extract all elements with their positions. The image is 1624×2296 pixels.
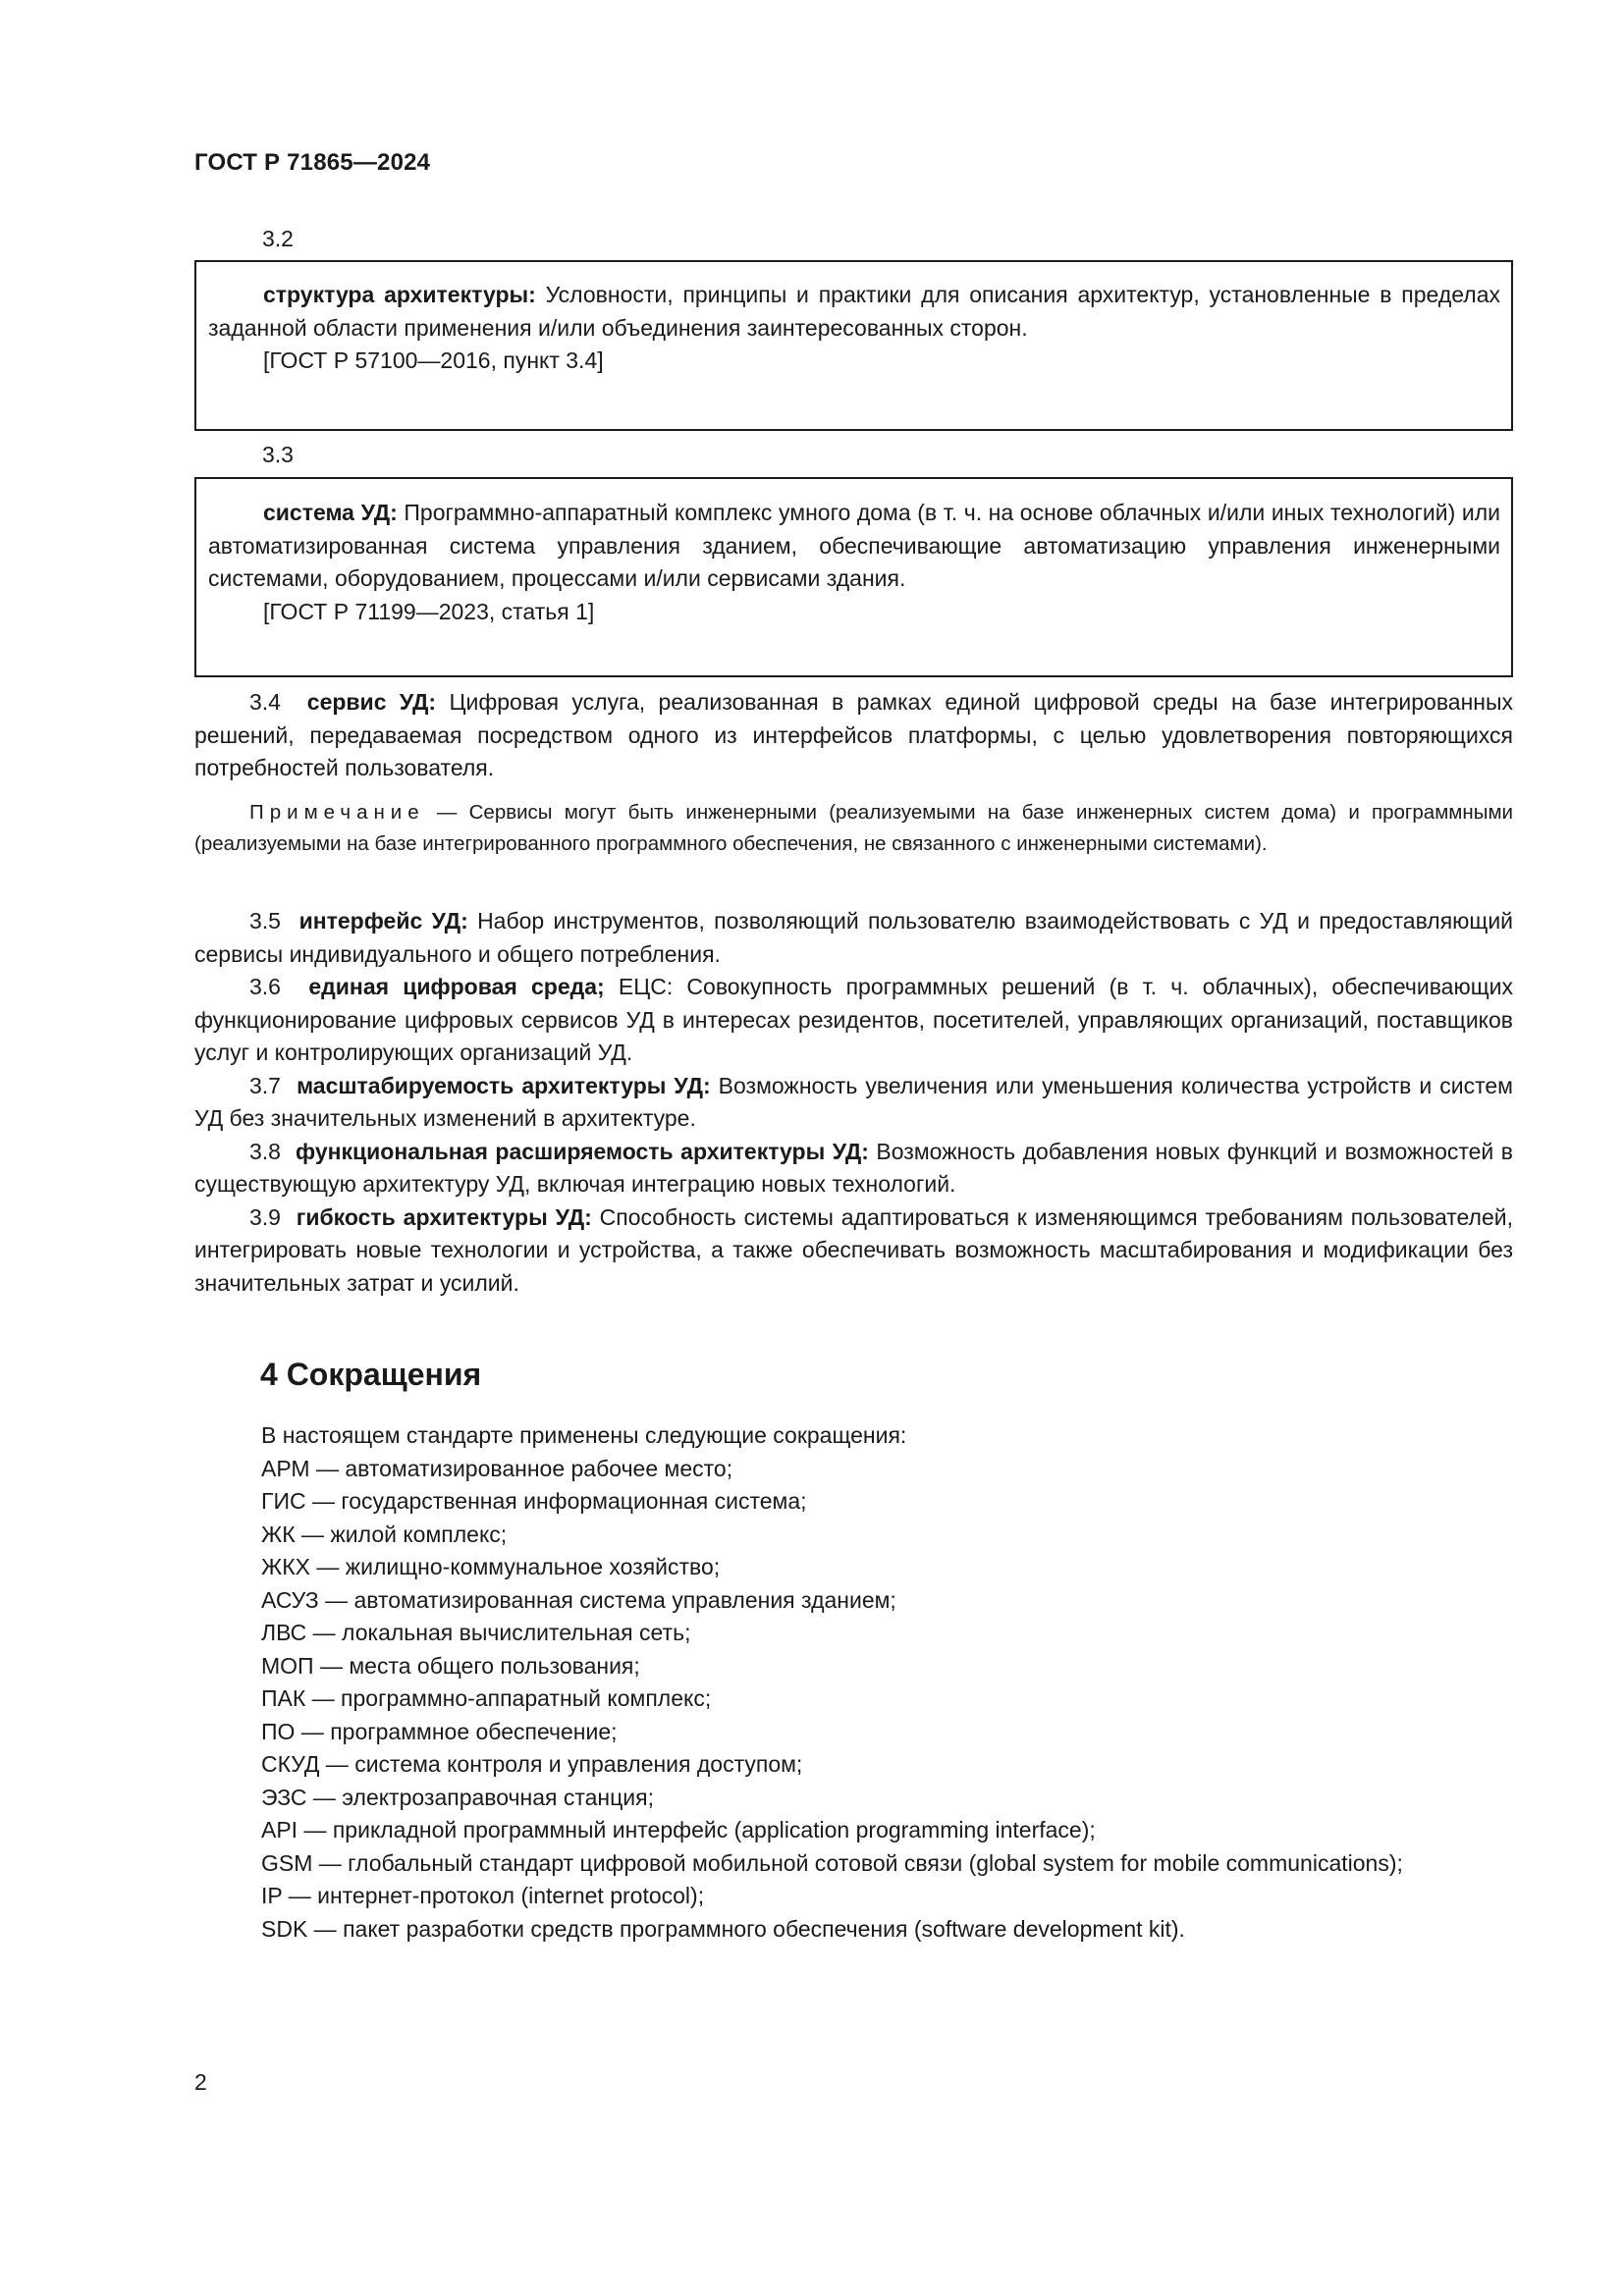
- list-item: ЖК — жилой комплекс;: [194, 1519, 1513, 1552]
- list-item: API — прикладной программный интерфейс (…: [194, 1814, 1513, 1847]
- definition-number: 3.7: [249, 1073, 281, 1098]
- definition-box: структура архитектуры: Условности, принц…: [194, 260, 1513, 431]
- definition-source: [ГОСТ Р 57100—2016, пункт 3.4]: [208, 345, 1500, 378]
- abbreviations-list: В настоящем стандарте применены следующи…: [194, 1419, 1513, 1946]
- definition-paragraph: 3.6 единая цифровая среда; ЕЦС: Совокупн…: [194, 971, 1513, 1070]
- definition-term: масштабируемость архитектуры УД:: [297, 1073, 711, 1098]
- list-item: МОП — места общего пользования;: [194, 1650, 1513, 1683]
- definition-paragraph: 3.4 сервис УД: Цифровая услуга, реализов…: [194, 686, 1513, 785]
- definition-text: структура архитектуры: Условности, принц…: [208, 279, 1500, 345]
- definition-term: гибкость архитектуры УД:: [297, 1204, 592, 1230]
- definition-paragraph: 3.5 интерфейс УД: Набор инструментов, по…: [194, 905, 1513, 971]
- list-item: GSM — глобальный стандарт цифровой мобил…: [194, 1847, 1513, 1881]
- document-header-id: ГОСТ Р 71865—2024: [194, 149, 430, 177]
- definition-source: [ГОСТ Р 71199—2023, статья 1]: [208, 596, 1500, 629]
- list-item: ЖКХ — жилищно-коммунальное хозяйство;: [194, 1551, 1513, 1584]
- definition-term: единая цифровая среда;: [308, 974, 604, 999]
- definition-term: система УД:: [263, 500, 398, 525]
- definitions-block-a: 3.4 сервис УД: Цифровая услуга, реализов…: [194, 686, 1513, 785]
- list-item: ЛВС — локальная вычислительная сеть;: [194, 1617, 1513, 1650]
- note-block: Примечание — Сервисы могут быть инженерн…: [194, 797, 1513, 859]
- list-item: АСУЗ — автоматизированная система управл…: [194, 1584, 1513, 1618]
- section-intro: В настоящем стандарте применены следующи…: [194, 1419, 1513, 1453]
- definition-body: Программно-аппаратный комплекс умного до…: [208, 500, 1500, 591]
- definition-term: сервис УД:: [307, 689, 436, 715]
- definition-term: структура архитектуры:: [263, 282, 536, 307]
- list-item: ЭЗС — электрозаправочная станция;: [194, 1782, 1513, 1815]
- list-item: ГИС — государственная информационная сис…: [194, 1485, 1513, 1519]
- definition-number: 3.3: [262, 442, 294, 468]
- definition-number: 3.4: [249, 689, 281, 715]
- document-page: ГОСТ Р 71865—2024 3.2 структура архитект…: [0, 0, 1624, 2296]
- definition-number: 3.2: [262, 226, 294, 252]
- list-item: СКУД — система контроля и управления дос…: [194, 1748, 1513, 1782]
- definition-number: 3.5: [249, 908, 281, 934]
- note-label: Примечание: [249, 801, 425, 824]
- definition-box: система УД: Программно-аппаратный компле…: [194, 477, 1513, 677]
- section-heading: 4 Сокращения: [260, 1357, 481, 1393]
- definition-term: функциональная расширяемость архитектуры…: [296, 1139, 869, 1164]
- note-paragraph: Примечание — Сервисы могут быть инженерн…: [194, 797, 1513, 859]
- page-number: 2: [194, 2069, 207, 2096]
- definition-number: 3.6: [249, 974, 281, 999]
- definition-term: интерфейс УД:: [299, 908, 468, 934]
- list-item: АРМ — автоматизированное рабочее место;: [194, 1453, 1513, 1486]
- definition-number: 3.8: [249, 1139, 281, 1164]
- definition-paragraph: 3.8 функциональная расширяемость архитек…: [194, 1136, 1513, 1201]
- definitions-block-b: 3.5 интерфейс УД: Набор инструментов, по…: [194, 905, 1513, 1300]
- list-item: IP — интернет-протокол (internet protoco…: [194, 1880, 1513, 1913]
- list-item: ПАК — программно-аппаратный комплекс;: [194, 1682, 1513, 1716]
- list-item: SDK — пакет разработки средств программн…: [194, 1913, 1513, 1947]
- definition-number: 3.9: [249, 1204, 281, 1230]
- definition-text: система УД: Программно-аппаратный компле…: [208, 497, 1500, 596]
- list-item: ПО — программное обеспечение;: [194, 1716, 1513, 1749]
- definition-paragraph: 3.7 масштабируемость архитектуры УД: Воз…: [194, 1070, 1513, 1136]
- definition-paragraph: 3.9 гибкость архитектуры УД: Способность…: [194, 1201, 1513, 1301]
